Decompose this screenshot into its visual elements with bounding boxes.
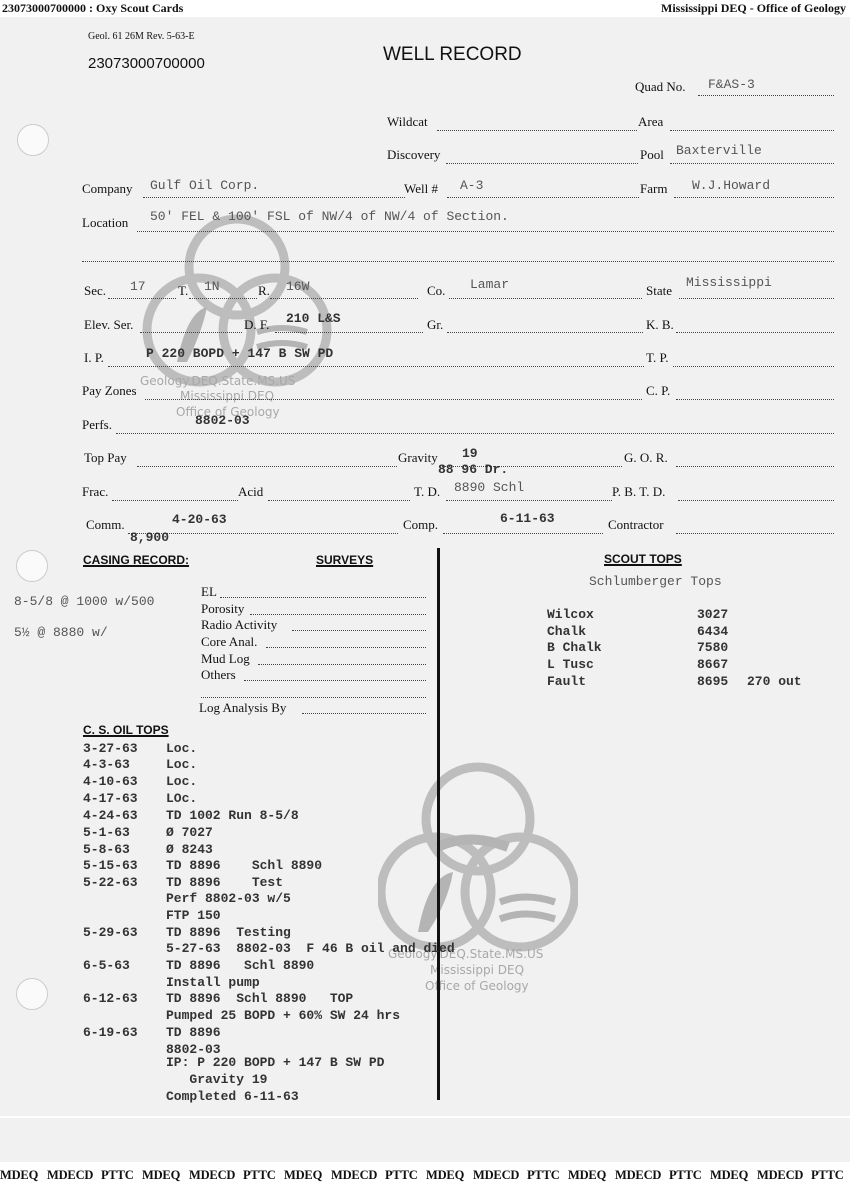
scout-top-row: Fault — [547, 674, 586, 689]
survey-core-anal: Core Anal. — [201, 634, 257, 650]
scout-top-depth: 7580 — [697, 640, 728, 655]
oil-tops-date: 5-15-63 — [83, 858, 138, 873]
gor-label: G. O. R. — [624, 450, 668, 466]
location-label: Location — [82, 215, 128, 231]
state-value: Mississippi — [686, 275, 772, 290]
oil-tops-entry: 5-27-63 8802-03 F 46 B oil and died — [166, 941, 455, 956]
scout-top-row: B Chalk — [547, 640, 602, 655]
survey-radio-activity: Radio Activity — [201, 617, 277, 633]
page-title: WELL RECORD — [383, 44, 522, 66]
county-label: Co. — [427, 283, 445, 299]
comm-label: Comm. — [86, 517, 125, 533]
quad-no-value: F&AS-3 — [708, 77, 755, 92]
footer-item: PTTC — [669, 1168, 702, 1183]
oil-tops-date: 4-17-63 — [83, 791, 138, 806]
df-value: 210 L&S — [286, 311, 341, 326]
perfs-value: 8802-03 — [195, 413, 250, 428]
footer-item: MDECD — [331, 1168, 377, 1183]
footer-item: PTTC — [243, 1168, 276, 1183]
county-value: Lamar — [470, 277, 509, 292]
gr-label: Gr. — [427, 317, 443, 333]
company-label: Company — [82, 181, 133, 197]
pay-zones-label: Pay Zones — [82, 383, 137, 399]
oil-tops-date: 3-27-63 — [83, 741, 138, 756]
farm-label: Farm — [640, 181, 667, 197]
oil-tops-date: 4-3-63 — [83, 757, 130, 772]
oil-tops-entry: TD 8896 Schl 8890 — [166, 858, 322, 873]
footer-item: MDEQ — [568, 1168, 606, 1183]
scout-top-depth: 8667 — [697, 657, 728, 672]
location-value: 50' FEL & 100' FSL of NW/4 of NW/4 of Se… — [150, 209, 509, 224]
footer-item: MDECD — [189, 1168, 235, 1183]
elev-ser-label: Elev. Ser. — [84, 317, 133, 333]
record-title: 23073000700000 : Oxy Scout Cards — [2, 1, 183, 16]
ip-label: I. P. — [84, 350, 104, 366]
card-bottom-edge — [0, 1116, 850, 1118]
footer-item: MDECD — [473, 1168, 519, 1183]
survey-mud-log: Mud Log — [201, 651, 250, 667]
casing-line: 5½ @ 8880 w/ — [14, 625, 108, 640]
footer-item: PTTC — [811, 1168, 844, 1183]
oil-tops-entry: TD 8896 Test — [166, 875, 283, 890]
oil-tops-date: 5-1-63 — [83, 825, 130, 840]
oil-tops-entry: TD 8896 — [166, 1025, 221, 1040]
casing-record-title: CASING RECORD: — [83, 553, 189, 567]
td-note: 88 96 Dr. — [438, 462, 508, 477]
sec-label: Sec. — [84, 283, 106, 299]
scout-top-depth: 3027 — [697, 607, 728, 622]
scout-top-row: L Tusc — [547, 657, 594, 672]
oil-tops-entry: LOc. — [166, 791, 197, 806]
footer-item: MDECD — [615, 1168, 661, 1183]
df-label: D. F. — [244, 317, 269, 333]
range-value: 16W — [286, 279, 309, 294]
scout-top-depth: 8695 — [697, 674, 728, 689]
pbtd-label: P. B. T. D. — [612, 484, 665, 500]
survey-log-analysis-by: Log Analysis By — [199, 700, 286, 716]
oil-tops-date: 5-29-63 — [83, 925, 138, 940]
surveys-title: SURVEYS — [316, 553, 373, 567]
top-pay-label: Top Pay — [84, 450, 127, 466]
oil-tops-entry: TD 8896 Schl 8890 — [166, 958, 314, 973]
scout-top-depth: 6434 — [697, 624, 728, 639]
punch-hole-icon — [16, 550, 48, 582]
survey-el: EL — [201, 584, 217, 600]
agency-title: Mississippi DEQ - Office of Geology — [661, 1, 846, 16]
pool-value: Baxterville — [676, 143, 762, 158]
oil-tops-entry: Loc. — [166, 741, 197, 756]
comm-note: 8,900 — [130, 530, 169, 545]
td-value: 8890 Schl — [454, 480, 524, 495]
scanned-card: Geology.DEQ.State.MS.US Mississippi DEQ … — [0, 17, 850, 1162]
cp-label: C. P. — [646, 383, 670, 399]
top-bar: 23073000700000 : Oxy Scout Cards Mississ… — [0, 0, 850, 17]
scout-top-row: Wilcox — [547, 607, 594, 622]
ip-value: P 220 BOPD + 147 B SW PD — [146, 346, 333, 361]
scout-tops-title: SCOUT TOPS — [604, 552, 682, 566]
oil-tops-date: 6-12-63 — [83, 991, 138, 1006]
mdeq-logo-watermark-icon — [137, 212, 337, 397]
quad-no-label: Quad No. — [635, 79, 686, 95]
oil-tops-title: C. S. OIL TOPS — [83, 723, 169, 737]
footer-item: MDEQ — [710, 1168, 748, 1183]
well-value: A-3 — [460, 178, 483, 193]
casing-line: 8-5/8 @ 1000 w/500 — [14, 594, 154, 609]
oil-tops-entry: Install pump — [166, 975, 260, 990]
footer-item: PTTC — [101, 1168, 134, 1183]
oil-tops-entry: Loc. — [166, 774, 197, 789]
discovery-label: Discovery — [387, 147, 440, 163]
oil-tops-entry: TD 1002 Run 8-5/8 — [166, 808, 299, 823]
footer-item: PTTC — [385, 1168, 418, 1183]
farm-value: W.J.Howard — [692, 178, 770, 193]
scout-tops-subtitle: Schlumberger Tops — [589, 574, 722, 589]
wildcat-label: Wildcat — [387, 114, 428, 130]
api-number: 23073000700000 — [88, 55, 205, 72]
survey-others: Others — [201, 667, 236, 683]
township-label: T. — [178, 283, 188, 299]
oil-tops-date: 6-5-63 — [83, 958, 130, 973]
oil-tops-entry: IP: P 220 BOPD + 147 B SW PD — [166, 1055, 384, 1070]
gravity-value: 19 — [462, 446, 478, 461]
footer-item: PTTC — [527, 1168, 560, 1183]
footer-item: MDEQ — [426, 1168, 464, 1183]
footer-item: MDEQ — [284, 1168, 322, 1183]
oil-tops-entry: Loc. — [166, 757, 197, 772]
tp-label: T. P. — [646, 350, 669, 366]
pool-label: Pool — [640, 147, 664, 163]
footer-item: MDEQ — [0, 1168, 38, 1183]
township-value: 1N — [204, 279, 220, 294]
oil-tops-entry: TD 8896 Testing — [166, 925, 291, 940]
td-label: T. D. — [414, 484, 440, 500]
watermark-agency: Mississippi DEQ — [430, 963, 524, 977]
oil-tops-entry: Gravity 19 — [166, 1072, 267, 1087]
oil-tops-entry: TD 8896 Schl 8890 TOP — [166, 991, 353, 1006]
acid-label: Acid — [238, 484, 263, 500]
comp-label: Comp. — [403, 517, 438, 533]
oil-tops-date: 5-22-63 — [83, 875, 138, 890]
oil-tops-date: 4-24-63 — [83, 808, 138, 823]
contractor-label: Contractor — [608, 517, 664, 533]
comp-value: 6-11-63 — [500, 511, 555, 526]
footer-item: MDECD — [47, 1168, 93, 1183]
survey-porosity: Porosity — [201, 601, 244, 617]
sec-value: 17 — [130, 279, 146, 294]
oil-tops-date: 6-19-63 — [83, 1025, 138, 1040]
punch-hole-icon — [16, 978, 48, 1010]
perfs-label: Perfs. — [82, 417, 112, 433]
gravity-label: Gravity — [398, 450, 438, 466]
oil-tops-entry: Ø 7027 — [166, 825, 213, 840]
state-label: State — [646, 283, 672, 299]
watermark-url: Geology.DEQ.State.MS.US — [140, 374, 295, 388]
oil-tops-date: 4-10-63 — [83, 774, 138, 789]
scout-top-note: 270 out — [747, 674, 802, 689]
oil-tops-entry: FTP 150 — [166, 908, 221, 923]
well-label: Well # — [404, 181, 438, 197]
range-label: R. — [258, 283, 270, 299]
punch-hole-icon — [17, 124, 49, 156]
oil-tops-date: 5-8-63 — [83, 842, 130, 857]
oil-tops-entry: Pumped 25 BOPD + 60% SW 24 hrs — [166, 1008, 400, 1023]
scout-top-row: Chalk — [547, 624, 586, 639]
oil-tops-entry: Completed 6-11-63 — [166, 1089, 299, 1104]
kb-label: K. B. — [646, 317, 674, 333]
company-value: Gulf Oil Corp. — [150, 178, 259, 193]
watermark-office: Office of Geology — [425, 979, 529, 993]
frac-label: Frac. — [82, 484, 108, 500]
mdeq-logo-watermark-icon — [378, 757, 578, 957]
footer-item: MDECD — [757, 1168, 803, 1183]
column-divider — [437, 548, 440, 1100]
oil-tops-entry: Perf 8802-03 w/5 — [166, 891, 291, 906]
footer-item: MDEQ — [142, 1168, 180, 1183]
footer-bar: MDEQ MDECD PTTC MDEQ MDECD PTTC MDEQ MDE… — [0, 1166, 850, 1185]
comm-value: 4-20-63 — [172, 512, 227, 527]
watermark-agency: Mississippi DEQ — [180, 389, 274, 403]
area-label: Area — [638, 114, 663, 130]
oil-tops-entry: Ø 8243 — [166, 842, 213, 857]
form-code: Geol. 61 26M Rev. 5-63-E — [88, 31, 195, 42]
